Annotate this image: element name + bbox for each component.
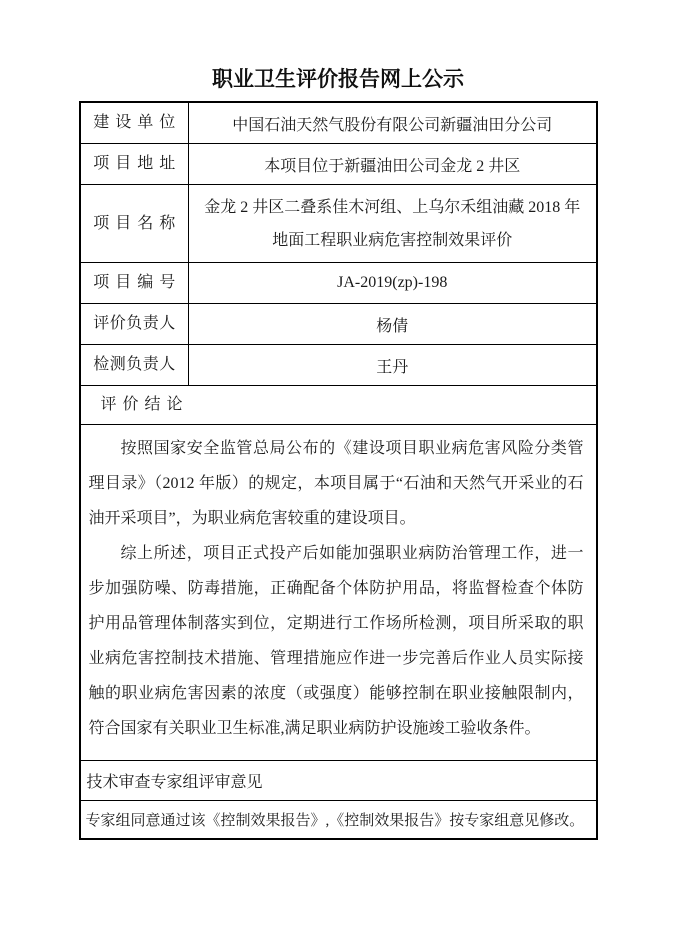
expert-opinion-text: 专家组同意通过该《控制效果报告》,《控制效果报告》按专家组意见修改。 bbox=[80, 801, 597, 840]
table-row-testing-lead: 检测负责人 王丹 bbox=[80, 345, 597, 386]
page-title: 职业卫生评价报告网上公示 bbox=[0, 0, 676, 94]
field-label-cell: 检测负责人 bbox=[80, 345, 189, 386]
field-value: 本项目位于新疆油田公司金龙 2 井区 bbox=[189, 144, 597, 185]
field-label-cell: 评价负责人 bbox=[80, 304, 189, 345]
field-value: 金龙 2 井区二叠系佳木河组、上乌尔禾组油藏 2018 年地面工程职业病危害控制… bbox=[189, 185, 597, 263]
conclusion-paragraph-2: 综上所述，项目正式投产后如能加强职业病防治管理工作，进一步加强防噪、防毒措施，正… bbox=[89, 536, 584, 746]
conclusion-header-cell: 评价结论 bbox=[80, 386, 597, 425]
field-label: 检测负责人 bbox=[93, 355, 175, 375]
field-label: 评价负责人 bbox=[93, 314, 175, 334]
field-label-cell: 项目地址 bbox=[80, 144, 189, 185]
field-value: JA-2019(zp)-198 bbox=[189, 263, 597, 304]
table-row-conclusion-header: 评价结论 bbox=[80, 386, 597, 425]
table-row-evaluation-lead: 评价负责人 杨倩 bbox=[80, 304, 597, 345]
report-table: 建设单位 中国石油天然气股份有限公司新疆油田分公司 项目地址 本项目位于新疆油田… bbox=[79, 101, 598, 840]
field-value: 中国石油天然气股份有限公司新疆油田分公司 bbox=[189, 102, 597, 144]
table-row-project-name: 项目名称 金龙 2 井区二叠系佳木河组、上乌尔禾组油藏 2018 年地面工程职业… bbox=[80, 185, 597, 263]
conclusion-header-label: 评价结论 bbox=[101, 395, 183, 415]
expert-header-label: 技术审查专家组评审意见 bbox=[80, 761, 597, 801]
conclusion-body-cell: 按照国家安全监管总局公布的《建设项目职业病危害风险分类管理目录》（2012 年版… bbox=[80, 425, 597, 761]
field-label: 建设单位 bbox=[93, 113, 175, 133]
field-value: 王丹 bbox=[189, 345, 597, 386]
field-label: 项目编号 bbox=[93, 273, 175, 293]
field-label-cell: 建设单位 bbox=[80, 102, 189, 144]
table-row-project-number: 项目编号 JA-2019(zp)-198 bbox=[80, 263, 597, 304]
table-row-conclusion-body: 按照国家安全监管总局公布的《建设项目职业病危害风险分类管理目录》（2012 年版… bbox=[80, 425, 597, 761]
field-label: 项目地址 bbox=[93, 154, 175, 174]
conclusion-paragraph-1: 按照国家安全监管总局公布的《建设项目职业病危害风险分类管理目录》（2012 年版… bbox=[89, 431, 584, 536]
field-label-cell: 项目名称 bbox=[80, 185, 189, 263]
table-row-expert-opinion: 专家组同意通过该《控制效果报告》,《控制效果报告》按专家组意见修改。 bbox=[80, 801, 597, 840]
document-page: 职业卫生评价报告网上公示 建设单位 中国石油天然气股份有限公司新疆油田分公司 项… bbox=[0, 0, 676, 943]
table-row-project-address: 项目地址 本项目位于新疆油田公司金龙 2 井区 bbox=[80, 144, 597, 185]
field-value: 杨倩 bbox=[189, 304, 597, 345]
field-label-cell: 项目编号 bbox=[80, 263, 189, 304]
field-label: 项目名称 bbox=[93, 214, 175, 234]
table-row-expert-header: 技术审查专家组评审意见 bbox=[80, 761, 597, 801]
table-row-construction-unit: 建设单位 中国石油天然气股份有限公司新疆油田分公司 bbox=[80, 102, 597, 144]
